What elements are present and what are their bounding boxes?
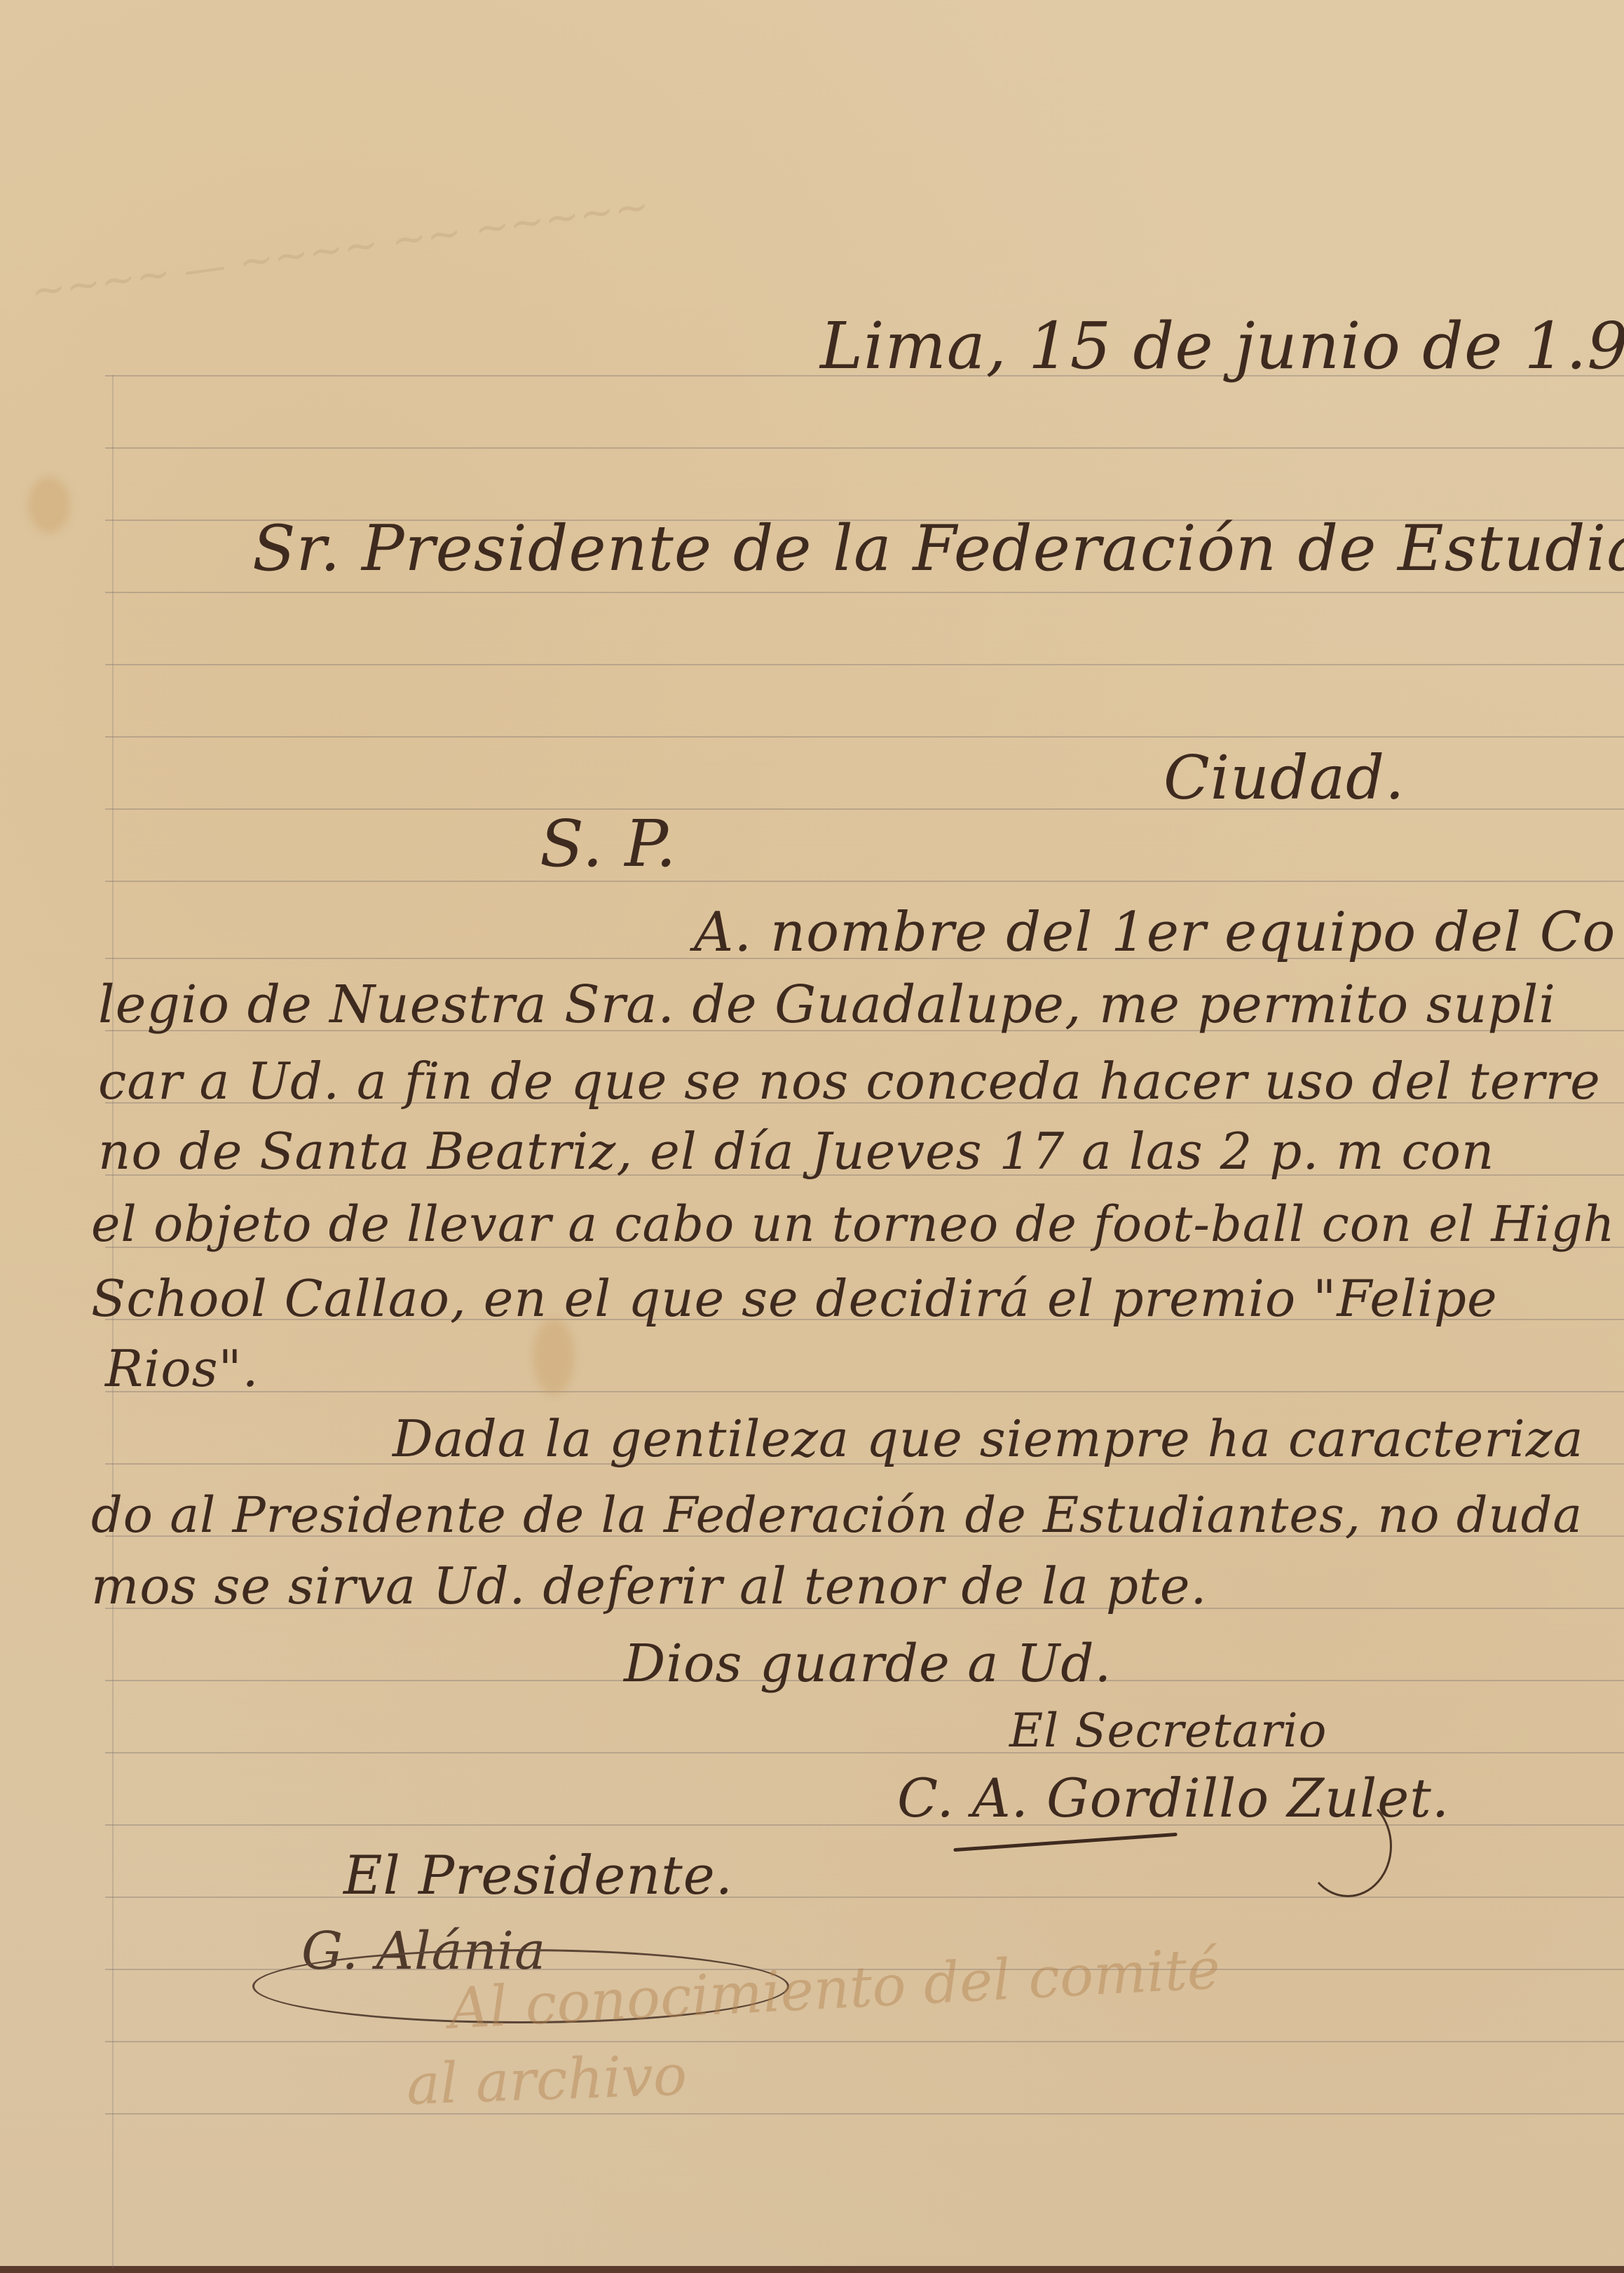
body-line: do al Presidente de la Federación de Est… — [91, 1486, 1583, 1544]
president-title: El Presidente. — [343, 1844, 733, 1906]
paper-stain — [533, 1318, 575, 1395]
rule — [105, 1752, 1624, 1753]
body-line: no de Santa Beatriz, el día Jueves 17 a … — [98, 1122, 1494, 1181]
addressee-line: Sr. Presidente de la Federación de Estud… — [252, 512, 1624, 585]
closing-text: Dios guarde a Ud. — [624, 1634, 1112, 1694]
paper-stain — [28, 477, 70, 533]
pencil-annotation-line2: al archivo — [405, 2042, 688, 2117]
rule — [105, 447, 1624, 449]
body-line: el objeto de llevar a cabo un torneo de … — [91, 1195, 1616, 1253]
body-line: mos se sirva Ud. deferir al tenor de la … — [91, 1556, 1207, 1615]
signature-flourish — [1304, 1795, 1392, 1897]
rule — [105, 2113, 1624, 2115]
body-line: legio de Nuestra Sra. de Guadalupe, me p… — [98, 975, 1556, 1035]
body-line: car a Ud. a fin de que se nos conceda ha… — [98, 1052, 1601, 1111]
rule — [105, 1391, 1624, 1392]
addressee-city: Ciudad. — [1164, 743, 1405, 813]
salutation: S. P. — [540, 806, 677, 881]
rule — [105, 881, 1624, 882]
rule — [105, 736, 1624, 738]
body-line: A. nombre del 1er equipo del Co — [694, 901, 1616, 964]
rule — [105, 1897, 1624, 1898]
body-line: Dada la gentileza que siempre ha caracte… — [393, 1409, 1584, 1468]
place-date: Lima, 15 de junio de 1.920 — [820, 308, 1624, 384]
body-line: Rios". — [105, 1339, 259, 1398]
rule — [105, 592, 1624, 593]
secretary-title: El Secretario — [1009, 1704, 1327, 1758]
rule — [105, 664, 1624, 665]
rule — [105, 2041, 1624, 2042]
body-line: School Callao, en el que se decidirá el … — [91, 1269, 1498, 1328]
